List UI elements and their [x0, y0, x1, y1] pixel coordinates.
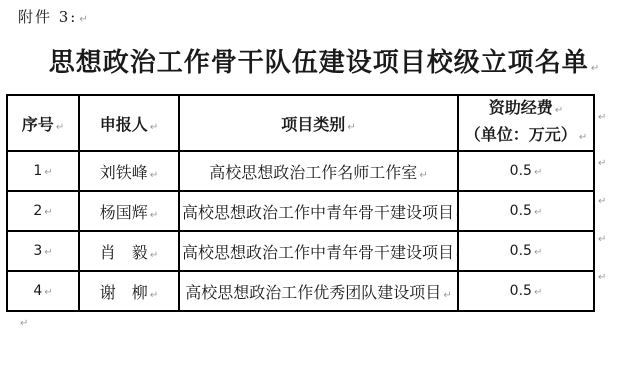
cell-end-mark-icon: ↵ [419, 170, 427, 181]
table-header-row: 序号↵ 申报人↵ 项目类别↵ 资助经费↵ （单位：万元）↵ [7, 95, 594, 151]
cell-end-mark-icon: ↵ [534, 287, 542, 298]
applicant-name: 刘铁峰 [100, 163, 148, 182]
cell-category: 高校思想政治工作优秀团队建设项目↵ [179, 271, 458, 311]
table-row: 2↵ 杨国辉↵ 高校思想政治工作中青年骨干建设项目↵ 0.5↵ [7, 191, 594, 231]
row-end-mark-icon: ↵ [598, 234, 606, 245]
cell-no: 3↵ [7, 231, 79, 271]
col-header-category-label: 项目类别 [281, 115, 345, 134]
col-header-no: 序号↵ [7, 95, 79, 151]
category-name: 高校思想政治工作中青年骨干建设项目 [182, 203, 454, 222]
row-no-value: 4 [33, 283, 42, 299]
cell-no: 2↵ [7, 191, 79, 231]
cell-end-mark-icon: ↵ [443, 290, 451, 301]
cell-end-mark-icon: ↵ [150, 250, 158, 261]
row-end-mark-icon: ↵ [598, 112, 606, 123]
paragraph-mark-icon: ↵ [20, 318, 28, 329]
category-name: 高校思想政治工作优秀团队建设项目 [185, 283, 441, 302]
row-end-mark-icon: ↵ [598, 196, 606, 207]
row-no-value: 2 [33, 203, 42, 219]
table-row: 1↵ 刘铁峰↵ 高校思想政治工作名师工作室↵ 0.5↵ [7, 151, 594, 191]
funding-value: 0.5 [510, 163, 532, 179]
cell-funding: 0.5↵ [458, 191, 594, 231]
table-row: 3↵ 肖 毅↵ 高校思想政治工作中青年骨干建设项目↵ 0.5↵ [7, 231, 594, 271]
cell-end-mark-icon: ↵ [56, 122, 64, 133]
cell-applicant: 肖 毅↵ [79, 231, 179, 271]
attachment-label: 附件 3: [18, 8, 77, 26]
cell-end-mark-icon: ↵ [150, 210, 158, 221]
table-row: 4↵ 谢 柳↵ 高校思想政治工作优秀团队建设项目↵ 0.5↵ [7, 271, 594, 311]
applicant-name: 杨国辉 [100, 203, 148, 222]
applicant-name: 肖 毅 [100, 243, 148, 262]
paragraph-mark-icon: ↵ [79, 14, 89, 25]
cell-category: 高校思想政治工作中青年骨干建设项目↵ [179, 231, 458, 271]
cell-end-mark-icon: ↵ [44, 287, 52, 298]
paragraph-mark-icon: ↵ [591, 63, 600, 74]
cell-end-mark-icon: ↵ [44, 207, 52, 218]
cell-category: 高校思想政治工作中青年骨干建设项目↵ [179, 191, 458, 231]
row-end-mark-icon: ↵ [598, 272, 606, 283]
attachment-line: 附件 3:↵ [18, 6, 90, 27]
category-name: 高校思想政治工作中青年骨干建设项目 [182, 243, 454, 262]
cell-applicant: 谢 柳↵ [79, 271, 179, 311]
col-header-funding: 资助经费↵ （单位：万元）↵ [458, 95, 594, 151]
col-header-no-label: 序号 [22, 115, 54, 134]
row-no-value: 1 [33, 163, 42, 179]
funding-value: 0.5 [510, 203, 532, 219]
cell-no: 1↵ [7, 151, 79, 191]
applicant-name: 谢 柳 [100, 283, 148, 302]
cell-end-mark-icon: ↵ [347, 122, 355, 133]
project-approval-table: 序号↵ 申报人↵ 项目类别↵ 资助经费↵ （单位：万元）↵ 1↵ 刘铁峰↵ 高校… [6, 94, 595, 312]
cell-applicant: 杨国辉↵ [79, 191, 179, 231]
col-header-applicant: 申报人↵ [79, 95, 179, 151]
cell-applicant: 刘铁峰↵ [79, 151, 179, 191]
cell-end-mark-icon: ↵ [150, 290, 158, 301]
cell-end-mark-icon: ↵ [44, 247, 52, 258]
cell-end-mark-icon: ↵ [150, 170, 158, 181]
col-header-funding-line1: 资助经费↵ [461, 96, 591, 123]
cell-end-mark-icon: ↵ [44, 167, 52, 178]
funding-value: 0.5 [510, 283, 532, 299]
row-end-mark-icon: ↵ [598, 158, 606, 169]
col-header-applicant-label: 申报人 [100, 115, 148, 134]
row-no-value: 3 [33, 243, 42, 259]
paragraph-mark-icon: ↵ [555, 105, 563, 116]
cell-end-mark-icon: ↵ [150, 122, 158, 133]
document-title-line: 思想政治工作骨干队伍建设项目校级立项名单↵ [30, 42, 619, 79]
cell-end-mark-icon: ↵ [579, 132, 587, 143]
cell-end-mark-icon: ↵ [534, 207, 542, 218]
document-page: 附件 3:↵ 思想政治工作骨干队伍建设项目校级立项名单↵ 序号↵ 申报人↵ 项目… [0, 0, 619, 374]
funding-line2-label: （单位：万元） [465, 125, 577, 144]
cell-end-mark-icon: ↵ [534, 167, 542, 178]
cell-end-mark-icon: ↵ [534, 247, 542, 258]
page-title: 思想政治工作骨干队伍建设项目校级立项名单 [49, 48, 589, 78]
col-header-category: 项目类别↵ [179, 95, 458, 151]
cell-funding: 0.5↵ [458, 231, 594, 271]
col-header-funding-line2: （单位：万元）↵ [461, 123, 591, 150]
cell-category: 高校思想政治工作名师工作室↵ [179, 151, 458, 191]
cell-no: 4↵ [7, 271, 79, 311]
cell-funding: 0.5↵ [458, 271, 594, 311]
funding-value: 0.5 [510, 243, 532, 259]
category-name: 高校思想政治工作名师工作室 [209, 163, 417, 182]
funding-line1-label: 资助经费 [489, 98, 553, 117]
cell-funding: 0.5↵ [458, 151, 594, 191]
